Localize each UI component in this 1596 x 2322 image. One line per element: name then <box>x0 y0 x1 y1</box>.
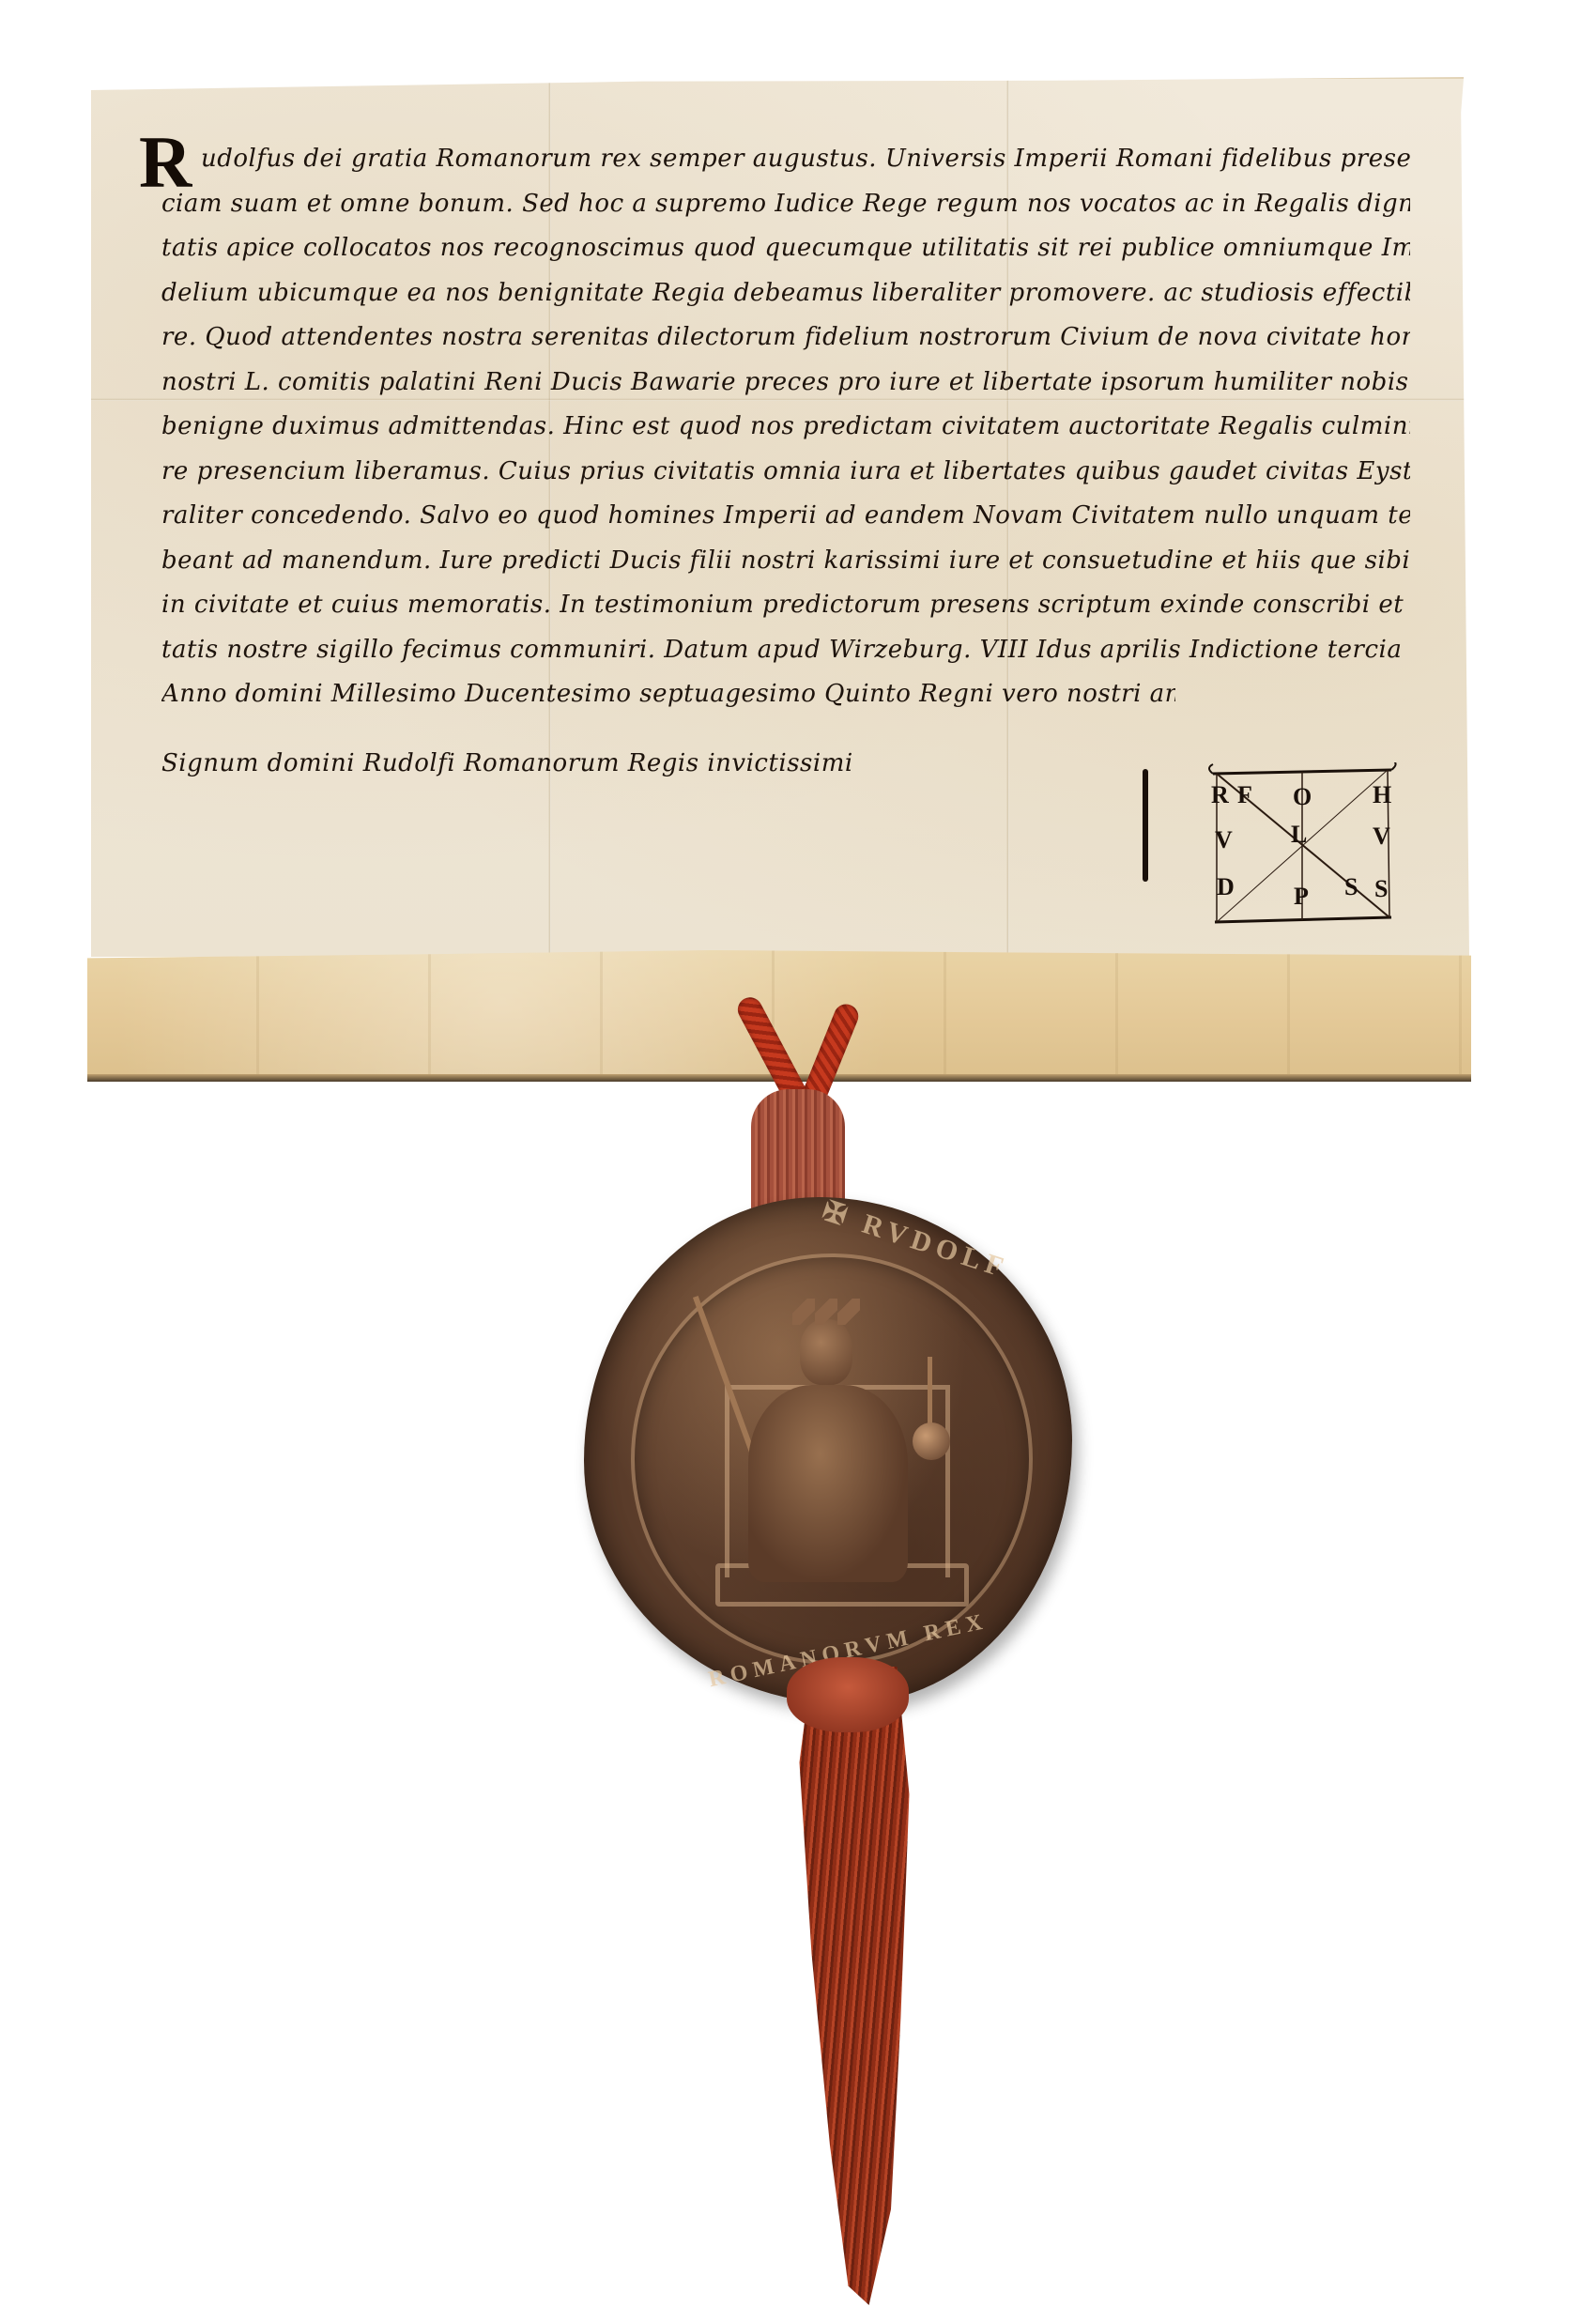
decorated-initial: R <box>139 120 192 205</box>
silk-tassel <box>793 1667 915 2305</box>
monogram-letter: P <box>1294 883 1309 911</box>
text-line: tatis apice collocatos nos recognoscimus… <box>161 226 1410 271</box>
text-line: re. Quod attendentes nostra serenitas di… <box>161 315 1410 361</box>
signature-stroke <box>1143 769 1148 882</box>
text-line: in civitate et cuius memoratis. In testi… <box>161 583 1410 628</box>
text-line: udolfus dei gratia Romanorum rex semper … <box>161 137 1410 182</box>
charter-text: R udolfus dei gratia Romanorum rex sempe… <box>161 137 1410 786</box>
monogram-letter: O <box>1293 783 1312 811</box>
text-line: delium ubicumque ea nos benignitate Regi… <box>161 271 1410 316</box>
crown-icon <box>792 1299 860 1325</box>
text-line: tatis nostre sigillo fecimus communiri. … <box>161 628 1410 673</box>
monogram-letter: L <box>1291 821 1307 849</box>
signum-line: Signum domini Rudolfi Romanorum Regis in… <box>161 742 1100 787</box>
monogram-letter: S <box>1344 873 1358 901</box>
orb-icon <box>913 1422 950 1460</box>
royal-monogram: R O D L F H V S P V S <box>1204 762 1401 931</box>
text-line: raliter concedendo. Salvo eo quod homine… <box>161 494 1410 539</box>
charter: R udolfus dei gratia Romanorum rex sempe… <box>91 77 1469 1082</box>
parchment-sheet: R udolfus dei gratia Romanorum rex sempe… <box>91 77 1469 957</box>
tassel-knot <box>787 1657 909 1732</box>
text-line: beant ad manendum. Iure predicti Ducis f… <box>161 539 1410 584</box>
monogram-letter: R <box>1211 781 1229 809</box>
text-line: Anno domini Millesimo Ducentesimo septua… <box>161 672 1175 717</box>
monogram-letter: V <box>1373 823 1390 851</box>
orb-cross-icon <box>928 1357 932 1424</box>
monogram-letter: S <box>1374 875 1388 903</box>
monogram-letter: H <box>1373 781 1391 809</box>
king-figure <box>748 1385 908 1582</box>
monogram-letter: D <box>1217 873 1235 901</box>
wax-seal: ✠ RVDOLF ROMANORVM REX <box>584 1197 1072 1704</box>
text-line: benigne duximus admittendas. Hinc est qu… <box>161 405 1410 450</box>
monogram-letter: V <box>1215 826 1233 854</box>
king-head <box>800 1319 852 1385</box>
monogram-letter: F <box>1237 781 1252 809</box>
text-line: nostri L. comitis palatini Reni Ducis Ba… <box>161 361 1410 406</box>
text-line: re presencium liberamus. Cuius prius civ… <box>161 450 1410 495</box>
text-line: ciam suam et omne bonum. Sed hoc a supre… <box>161 182 1410 227</box>
